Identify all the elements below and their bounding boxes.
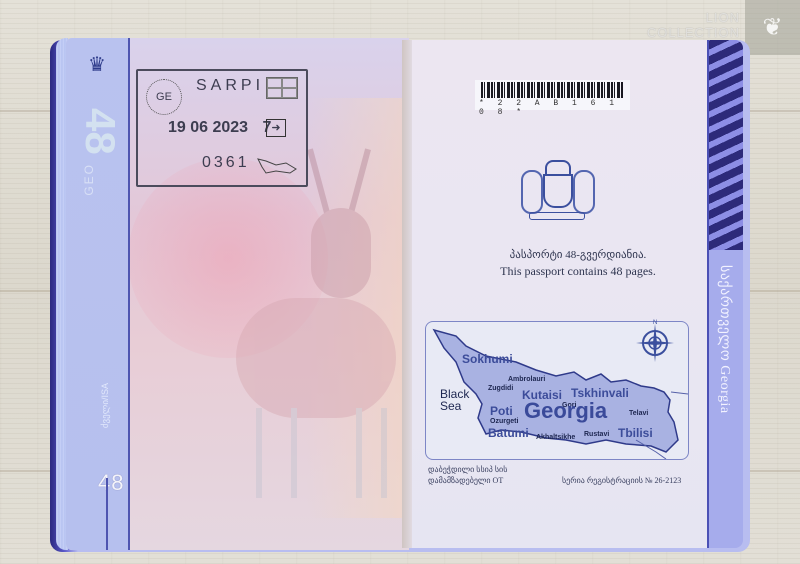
footer-printed-by: დაბეჭდილი სსიპ სის [428, 465, 507, 474]
right-security-strip: საქართველო Georgia [707, 40, 743, 548]
city-ozurgeti: Ozurgeti [490, 418, 518, 425]
strip-border [707, 40, 709, 548]
strip-border [106, 478, 108, 550]
city-batumi: Batumi [488, 426, 529, 440]
city-telavi: Telavi [629, 410, 648, 417]
barcode-text: * 2 2 A B 1 6 1 0 8 * [479, 99, 626, 117]
laurel-wreath-icon: ❦ [745, 0, 800, 55]
coat-of-arms-icon: ♛ [88, 52, 106, 77]
svg-text:N: N [653, 320, 657, 326]
arrow-entry-icon: ➜ [266, 119, 286, 137]
sea-label-line2: Sea [440, 400, 469, 412]
strip-geo-text: GEO [82, 163, 96, 196]
stamp-number: 0361 [202, 154, 250, 172]
left-security-strip: ♛ 48 GEO ძველი/ISA 48 [66, 38, 128, 550]
security-pattern [707, 40, 743, 250]
city-rustavi: Rustavi [584, 431, 609, 438]
pages-text-english: This passport contains 48 pages. [478, 264, 678, 279]
watermark-line1: LION COLLECTION [610, 10, 740, 40]
pages-text-georgian: პასპორტი 48-გვერდიანია. [478, 248, 678, 261]
entry-stamp: GE SARPI 19 06 2023 7 ➜ 0361 [136, 69, 308, 187]
footer-manufacturer: დამამზადებელი OT [428, 476, 503, 485]
stamp-date: 19 06 2023 7 [168, 119, 271, 137]
barcode-bars [481, 82, 624, 98]
barcode: * 2 2 A B 1 6 1 0 8 * [475, 80, 630, 110]
stamp-country-code: GE [146, 79, 182, 115]
city-ambrolauri: Ambrolauri [508, 376, 545, 383]
deer-illustration [216, 148, 406, 488]
page-number: 48 [98, 470, 124, 496]
strip-country-text: საქართველო Georgia [716, 265, 732, 414]
compass-rose-icon: N [632, 318, 678, 364]
georgia-flag-icon [266, 77, 298, 99]
city-zugdidi: Zugdidi [488, 385, 513, 392]
coat-of-arms-icon [515, 160, 595, 230]
city-akhaltsikhe: Akhaltsikhe [536, 434, 575, 441]
sea-label: Black Sea [440, 388, 469, 412]
country-label: Georgia [524, 398, 607, 424]
georgia-outline-icon [256, 155, 298, 180]
strip-border [128, 38, 130, 550]
stamp-date-value: 19 06 2023 [168, 119, 248, 136]
stamp-place: SARPI [196, 77, 264, 95]
footer-registration: სერია რეგისტრაციის № 26-2123 [562, 476, 681, 485]
city-sokhumi: Sokhumi [462, 352, 513, 366]
city-tbilisi: Tbilisi [618, 426, 653, 440]
strip-page-number: 48 [76, 108, 124, 155]
left-page: ♛ 48 GEO ძველი/ISA 48 GE SARPI 19 06 202… [66, 38, 409, 550]
strip-small-text: ძველი/ISA [100, 383, 110, 428]
city-poti: Poti [490, 404, 513, 418]
